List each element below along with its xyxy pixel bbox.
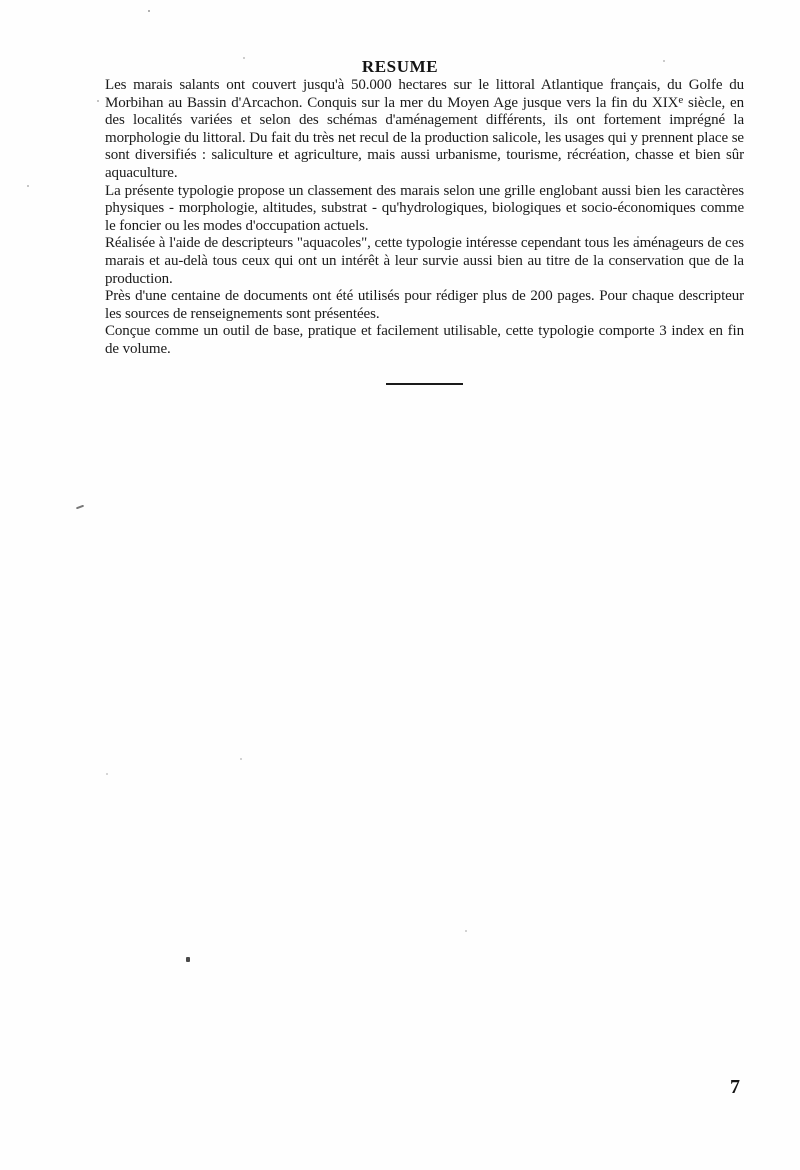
scan-speck (243, 57, 245, 59)
scan-speck (148, 10, 150, 12)
page-number: 7 (730, 1076, 740, 1099)
scan-speck (27, 185, 29, 187)
scan-speck (283, 121, 285, 123)
scan-speck (186, 957, 190, 962)
paragraph-2: La présente typologie propose un classem… (105, 183, 744, 236)
paragraph-3: Réalisée à l'aide de descripteurs "aquac… (105, 235, 744, 288)
document-page: RESUME Les marais salants ont couvert ju… (0, 0, 800, 1170)
paragraph-1-text-before-superscript: Les marais salants ont couvert jusqu'à 5… (105, 77, 744, 111)
section-divider (386, 383, 463, 385)
scan-speck (663, 60, 665, 62)
paragraph-5: Conçue comme un outil de base, pratique … (105, 323, 744, 358)
document-body: Les marais salants ont couvert jusqu'à 5… (105, 77, 744, 385)
scan-speck (465, 930, 467, 932)
scan-speck (637, 236, 639, 238)
scan-speck (97, 100, 99, 102)
page-title: RESUME (0, 0, 800, 77)
scan-speck (240, 758, 242, 760)
scan-tick-mark (76, 505, 84, 510)
paragraph-1: Les marais salants ont couvert jusqu'à 5… (105, 77, 744, 183)
scan-speck (106, 773, 108, 775)
paragraph-4: Près d'une centaine de documents ont été… (105, 288, 744, 323)
scan-speck (211, 241, 213, 243)
